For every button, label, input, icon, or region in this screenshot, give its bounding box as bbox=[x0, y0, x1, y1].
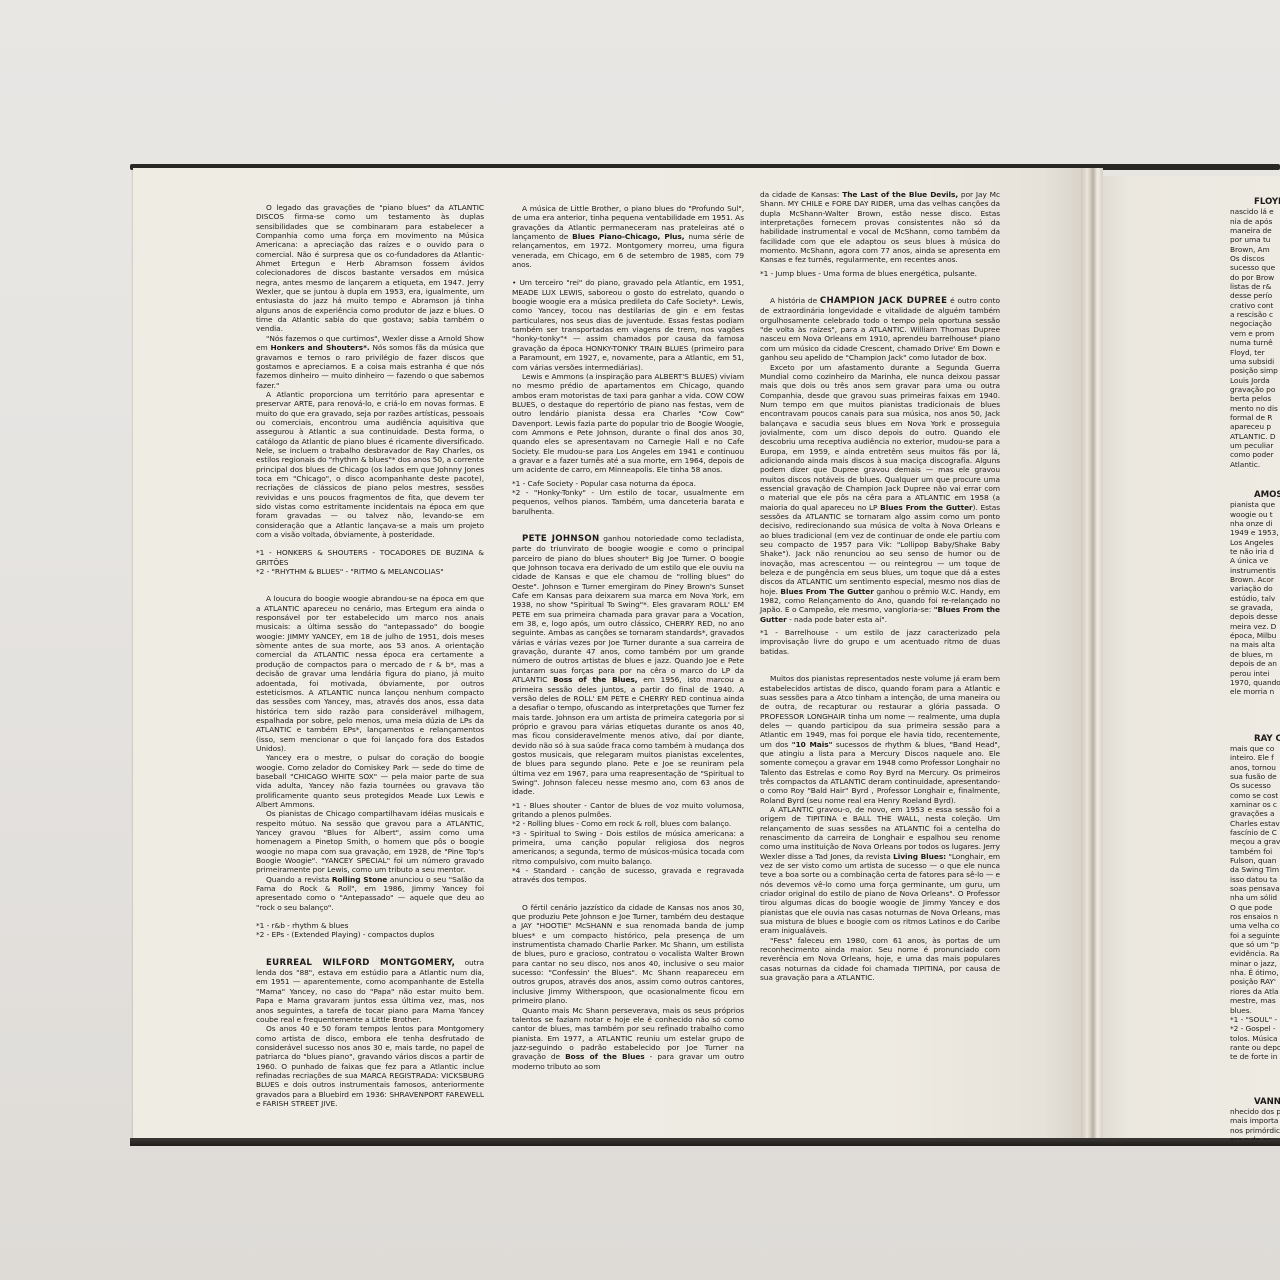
text-line: nia de após bbox=[1230, 217, 1280, 226]
artist-heading: AMOS M bbox=[1230, 491, 1280, 500]
text-line: riores da Atla bbox=[1230, 987, 1280, 996]
text-line: era o de ac bbox=[1230, 1135, 1280, 1140]
liner-notes-column-4-fragment: FLOYD Dnascido lá enia de apósmaneira de… bbox=[1230, 198, 1280, 1140]
paragraph: "Fess" faleceu em 1980, com 61 anos, às … bbox=[760, 936, 1000, 983]
liner-notes-column-1: O legado das gravações de "piano blues" … bbox=[256, 203, 484, 1108]
text-line: crativo cont bbox=[1230, 301, 1280, 310]
text-line: se gravada, bbox=[1230, 603, 1280, 612]
liner-notes-column-2: A música de Little Brother, o piano blue… bbox=[512, 204, 744, 1071]
paragraph: Exceto por um afastamento durante a Segu… bbox=[760, 363, 1000, 625]
paragraph: Quando a revista Rolling Stone anunciou … bbox=[256, 875, 484, 912]
text-line: te não iria d bbox=[1230, 547, 1280, 556]
text-line: como se cost bbox=[1230, 791, 1280, 800]
text-line: sucesso que bbox=[1230, 263, 1280, 272]
paragraph: A história de CHAMPION JACK DUPREE é out… bbox=[760, 296, 1000, 362]
text-line: gravação po bbox=[1230, 385, 1280, 394]
footnote: *1 - Barrelhouse - um estilo de jazz car… bbox=[760, 628, 1000, 656]
text-line: minar o jazz, bbox=[1230, 959, 1280, 968]
text-line: tolos. Música bbox=[1230, 1034, 1280, 1043]
text-line: maneira de bbox=[1230, 226, 1280, 235]
text-line: ATLANTIC. D bbox=[1230, 432, 1280, 441]
footnote: *2 - "RHYTHM & BLUES" - "RITMO & MELANCO… bbox=[256, 567, 484, 576]
paragraph: Os anos 40 e 50 foram tempos lentos para… bbox=[256, 1024, 484, 1108]
paragraph: • Um terceiro "rei" do piano, gravado pe… bbox=[512, 278, 744, 371]
text-line: que só um "p bbox=[1230, 940, 1280, 949]
footnote: *2 - "Honky-Tonky" - Um estilo de tocar,… bbox=[512, 488, 744, 516]
paragraph: "Nós fazemos o que curtimos", Wexler dis… bbox=[256, 334, 484, 390]
text-line: de blues, m bbox=[1230, 650, 1280, 659]
artist-heading: FLOYD D bbox=[1230, 198, 1280, 207]
text-line: Fulson, quan bbox=[1230, 856, 1280, 865]
text-line: rante ou depo bbox=[1230, 1043, 1280, 1052]
text-line: nha. É ótimo, bbox=[1230, 968, 1280, 977]
text-line: instrumentis bbox=[1230, 566, 1280, 575]
footnote: *2 - Rolling blues - Como em rock & roll… bbox=[512, 819, 744, 828]
text-line: woogie ou t bbox=[1230, 510, 1280, 519]
paragraph: A música de Little Brother, o piano blue… bbox=[512, 204, 744, 269]
text-line: meçou a grav bbox=[1230, 837, 1280, 846]
text-line: Los Angeles bbox=[1230, 538, 1280, 547]
paragraph: PETE JOHNSON ganhou notoriedade como tec… bbox=[512, 534, 744, 797]
text-line: Louis Jorda bbox=[1230, 376, 1280, 385]
text-line: mais importa bbox=[1230, 1116, 1280, 1125]
text-line: um peculiar bbox=[1230, 441, 1280, 450]
paragraph: Muitos dos pianistas representados neste… bbox=[760, 674, 1000, 805]
text-line: Floyd, ter bbox=[1230, 348, 1280, 357]
footnote: *1 - Blues shouter - Cantor de blues de … bbox=[512, 801, 744, 820]
text-line: nascido lá e bbox=[1230, 207, 1280, 216]
text-line: negociação bbox=[1230, 319, 1280, 328]
text-line: anos, tornou bbox=[1230, 763, 1280, 772]
text-line: berta pelos bbox=[1230, 394, 1280, 403]
text-line: ele morria n bbox=[1230, 687, 1280, 696]
text-line: fascínio de C bbox=[1230, 828, 1280, 837]
paragraph: Quanto mais Mc Shann perseverava, mais o… bbox=[512, 1006, 744, 1071]
text-line: Charles estav bbox=[1230, 819, 1280, 828]
text-line: *2 - Gospel - bbox=[1230, 1024, 1280, 1033]
text-line: xaminar os c bbox=[1230, 800, 1280, 809]
text-line: perou intei bbox=[1230, 669, 1280, 678]
text-line: uma velha co bbox=[1230, 921, 1280, 930]
artist-heading: CHAMPION JACK DUPREE bbox=[820, 296, 947, 306]
footnote: *1 - Cafe Society - Popular casa noturna… bbox=[512, 479, 744, 488]
artist-heading: EURREAL WILFORD MONTGOMERY, bbox=[266, 958, 455, 968]
paragraph: Yancey era o mestre, o pulsar do coração… bbox=[256, 753, 484, 809]
artist-heading: PETE JOHNSON bbox=[522, 534, 599, 544]
text-line: Brown. Acor bbox=[1230, 575, 1280, 584]
text-line: 1949 e 1953, bbox=[1230, 528, 1280, 537]
text-line: a rescisão c bbox=[1230, 310, 1280, 319]
text-line: sua fusão de bbox=[1230, 772, 1280, 781]
text-line: estúdio, talv bbox=[1230, 594, 1280, 603]
text-line: O que pode bbox=[1230, 903, 1280, 912]
text-line: do por Brow bbox=[1230, 273, 1280, 282]
text-line: Os discos bbox=[1230, 254, 1280, 263]
text-line: inteiro. Ele f bbox=[1230, 753, 1280, 762]
text-line: nha um sólid bbox=[1230, 893, 1280, 902]
text-line: Atlantic. bbox=[1230, 460, 1280, 469]
text-line: A única ve bbox=[1230, 556, 1280, 565]
text-line: posição simp bbox=[1230, 366, 1280, 375]
text-line: variação do bbox=[1230, 584, 1280, 593]
photo-scene: O legado das gravações de "piano blues" … bbox=[0, 0, 1280, 1280]
text-line: mento no dis bbox=[1230, 404, 1280, 413]
text-line: por uma tu bbox=[1230, 235, 1280, 244]
text-line: isso datou ta bbox=[1230, 875, 1280, 884]
text-line: ros ensaios n bbox=[1230, 912, 1280, 921]
text-line: Os sucesso bbox=[1230, 781, 1280, 790]
text-line: uma subsidi bbox=[1230, 357, 1280, 366]
text-line: gravações a bbox=[1230, 809, 1280, 818]
paragraph: O fértil cenário jazzístico da cidade de… bbox=[512, 903, 744, 1006]
text-line: mestre, mas bbox=[1230, 996, 1280, 1005]
footnote: *1 - r&b - rhythm & blues bbox=[256, 921, 484, 930]
text-line: formal de R bbox=[1230, 413, 1280, 422]
text-line: Brown, Am bbox=[1230, 245, 1280, 254]
paragraph: Lewis e Ammons (a inspiração para ALBERT… bbox=[512, 372, 744, 475]
text-line: te de forte in bbox=[1230, 1052, 1280, 1061]
text-line: nos primórdic bbox=[1230, 1126, 1280, 1135]
paragraph: da cidade de Kansas: The Last of the Blu… bbox=[760, 190, 1000, 265]
artist-heading: RAY CHA bbox=[1230, 735, 1280, 744]
text-line: blues. bbox=[1230, 1006, 1280, 1015]
text-line: *1 - "SOUL" - bbox=[1230, 1015, 1280, 1024]
artist-heading: VANN "P bbox=[1230, 1098, 1280, 1107]
right-page-clip: FLOYD Dnascido lá enia de apósmaneira de… bbox=[1103, 176, 1280, 1140]
text-line: nhecido dos p bbox=[1230, 1107, 1280, 1116]
text-line: posição RAY' bbox=[1230, 977, 1280, 986]
paragraph: A Atlantic proporciona um território par… bbox=[256, 390, 484, 540]
paragraph: EURREAL WILFORD MONTGOMERY, outra lenda … bbox=[256, 958, 484, 1024]
text-line: depois desse bbox=[1230, 612, 1280, 621]
text-line: apareceu p bbox=[1230, 422, 1280, 431]
footnote: *3 - Spiritual to Swing - Dois estilos d… bbox=[512, 829, 744, 866]
text-line: vem e prom bbox=[1230, 329, 1280, 338]
text-line: como poder bbox=[1230, 450, 1280, 459]
paragraph: A loucura do boogie woogie abrandou-se n… bbox=[256, 594, 484, 753]
text-line: evidência. Ra bbox=[1230, 949, 1280, 958]
text-line: também foi bbox=[1230, 847, 1280, 856]
footnote: *1 - HONKERS & SHOUTERS - TOCADORES DE B… bbox=[256, 548, 484, 567]
text-line: desse perío bbox=[1230, 291, 1280, 300]
text-line: nha onze di bbox=[1230, 519, 1280, 528]
text-line: meira vez. D bbox=[1230, 622, 1280, 631]
text-line: mais que co bbox=[1230, 744, 1280, 753]
text-line: listas de r& bbox=[1230, 282, 1280, 291]
text-line: da Swing Tim bbox=[1230, 865, 1280, 874]
liner-notes-column-3: da cidade de Kansas: The Last of the Blu… bbox=[760, 190, 1000, 983]
text-line: época, Milbu bbox=[1230, 631, 1280, 640]
gatefold-spine bbox=[1081, 168, 1103, 1140]
text-line: foi a seguinte bbox=[1230, 931, 1280, 940]
footnote: *2 - EPs - (Extended Playing) - compacto… bbox=[256, 930, 484, 939]
paragraph: A ATLANTIC gravou-o, de novo, em 1953 e … bbox=[760, 805, 1000, 936]
paragraph: Os pianistas de Chicago compartilhavam i… bbox=[256, 809, 484, 874]
text-line: na mais alta bbox=[1230, 640, 1280, 649]
text-line: depois de an bbox=[1230, 659, 1280, 668]
paragraph: O legado das gravações de "piano blues" … bbox=[256, 203, 484, 334]
text-line: soas pensava bbox=[1230, 884, 1280, 893]
text-line: pianista que bbox=[1230, 500, 1280, 509]
footnote: *4 - Standard - canção de sucesso, grava… bbox=[512, 866, 744, 885]
footnote: *1 - Jump blues - Uma forma de blues ene… bbox=[760, 269, 1000, 278]
text-line: 1970, quando bbox=[1230, 678, 1280, 687]
text-line: numa turnê bbox=[1230, 338, 1280, 347]
